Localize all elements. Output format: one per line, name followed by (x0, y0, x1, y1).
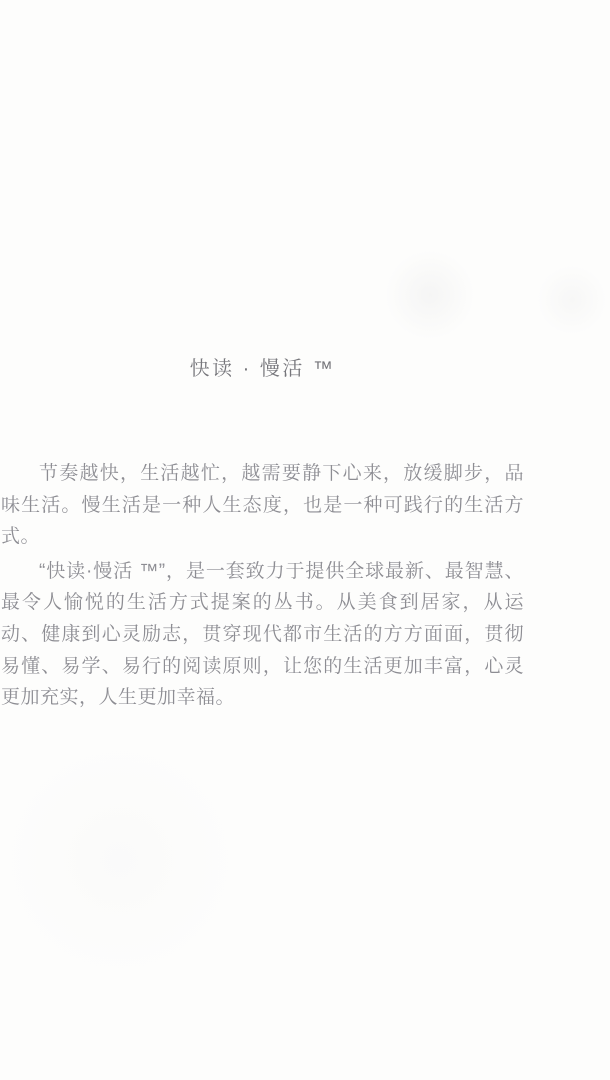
series-intro-text: 节奏越快，生活越忙，越需要静下心来，放缓脚步，品味生活。慢生活是一种人生态度，也… (1, 458, 524, 714)
series-title: 快读 · 慢活 ™ (1, 352, 524, 381)
book-page: 快读 · 慢活 ™ 节奏越快，生活越忙，越需要静下心来，放缓脚步，品味生活。慢生… (0, 0, 610, 1080)
intro-paragraph-2: “快读·慢活 ™”，是一套致力于提供全球最新、最智慧、最令人愉悦的生活方式提案的… (1, 556, 524, 714)
intro-paragraph-1: 节奏越快，生活越忙，越需要静下心来，放缓脚步，品味生活。慢生活是一种人生态度，也… (1, 458, 524, 553)
